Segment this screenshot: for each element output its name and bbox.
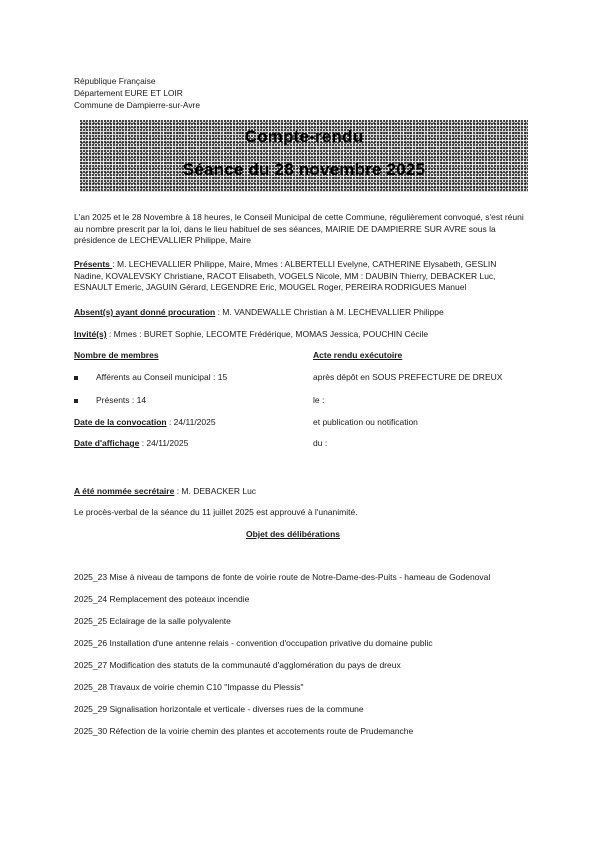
members-item: Afférents au Conseil municipal : 15 [74,372,227,382]
pv-approval: Le procès-verbal de la séance du 11 juil… [74,507,358,517]
invites-text: : Mmes : BURET Sophie, LECOMTE Frédériqu… [107,329,429,339]
executoire-heading: Acte rendu exécutoire [313,350,402,360]
affichage-label: Date d'affichage [74,438,139,448]
title-compte-rendu: Compte-rendu [80,127,528,147]
presents-text: : M. LECHEVALLIER Philippe, Maire, Mmes … [74,259,496,292]
deliberation-item: 2025_27 Modification des statuts de la c… [74,660,401,670]
absents-line: Absent(s) ayant donné procuration : M. V… [74,307,444,317]
members-item: Présents : 14 [74,395,146,405]
members-item-text: Présents : 14 [96,395,146,405]
affichage-value: : 24/11/2025 [139,438,188,448]
deliberation-item: 2025_28 Travaux de voirie chemin C10 "Im… [74,682,304,692]
executoire-publication: et publication ou notification [313,417,418,427]
invites-label: Invité(s) [74,329,107,339]
presents-label: Présents [74,259,112,269]
executoire-le: le : [313,395,324,405]
header-commune: Commune de Dampierre-sur-Avre [74,100,200,112]
secretaire-line: A été nommée secrétaire : M. DEBACKER Lu… [74,486,256,496]
intro-paragraph: L'an 2025 et le 28 Novembre à 18 heures,… [74,212,524,247]
date-convocation: Date de la convocation : 24/11/2025 [74,417,216,427]
presents-paragraph: Présents : M. LECHEVALLIER Philippe, Mai… [74,259,524,294]
deliberation-item: 2025_24 Remplacement des poteaux incendi… [74,594,249,604]
convocation-label: Date de la convocation [74,417,167,427]
bullet-icon [74,399,78,403]
deliberation-item: 2025_26 Installation d'une antenne relai… [74,638,433,648]
header-republique: République Française [74,76,155,88]
convocation-value: : 24/11/2025 [167,417,216,427]
title-box: Compte-rendu Séance du 28 novembre 2025 [80,120,528,192]
deliberation-item: 2025_25 Eclairage de la salle polyvalent… [74,616,231,626]
deliberation-item: 2025_30 Réfection de la voirie chemin de… [74,726,413,736]
deliberation-item: 2025_29 Signalisation horizontale et ver… [74,704,364,714]
executoire-du: du : [313,438,327,448]
secretaire-label: A été nommée secrétaire [74,486,174,496]
absents-text: : M. VANDEWALLE Christian à M. LECHEVALL… [215,307,443,317]
executoire-depot: après dépôt en SOUS PREFECTURE DE DREUX [313,372,502,382]
deliberations-heading: Objet des délibérations [246,529,340,539]
members-heading: Nombre de membres [74,350,159,360]
header-departement: Département EURE ET LOIR [74,88,183,100]
members-item-text: Afférents au Conseil municipal : 15 [96,372,227,382]
bullet-icon [74,376,78,380]
secretaire-value: : M. DEBACKER Luc [174,486,256,496]
document-page: République Française Département EURE ET… [0,0,596,842]
deliberation-item: 2025_23 Mise à niveau de tampons de font… [74,572,490,582]
title-seance: Séance du 28 novembre 2025 [80,160,528,180]
invites-line: Invité(s) : Mmes : BURET Sophie, LECOMTE… [74,329,428,339]
absents-label: Absent(s) ayant donné procuration [74,307,215,317]
date-affichage: Date d'affichage : 24/11/2025 [74,438,188,448]
